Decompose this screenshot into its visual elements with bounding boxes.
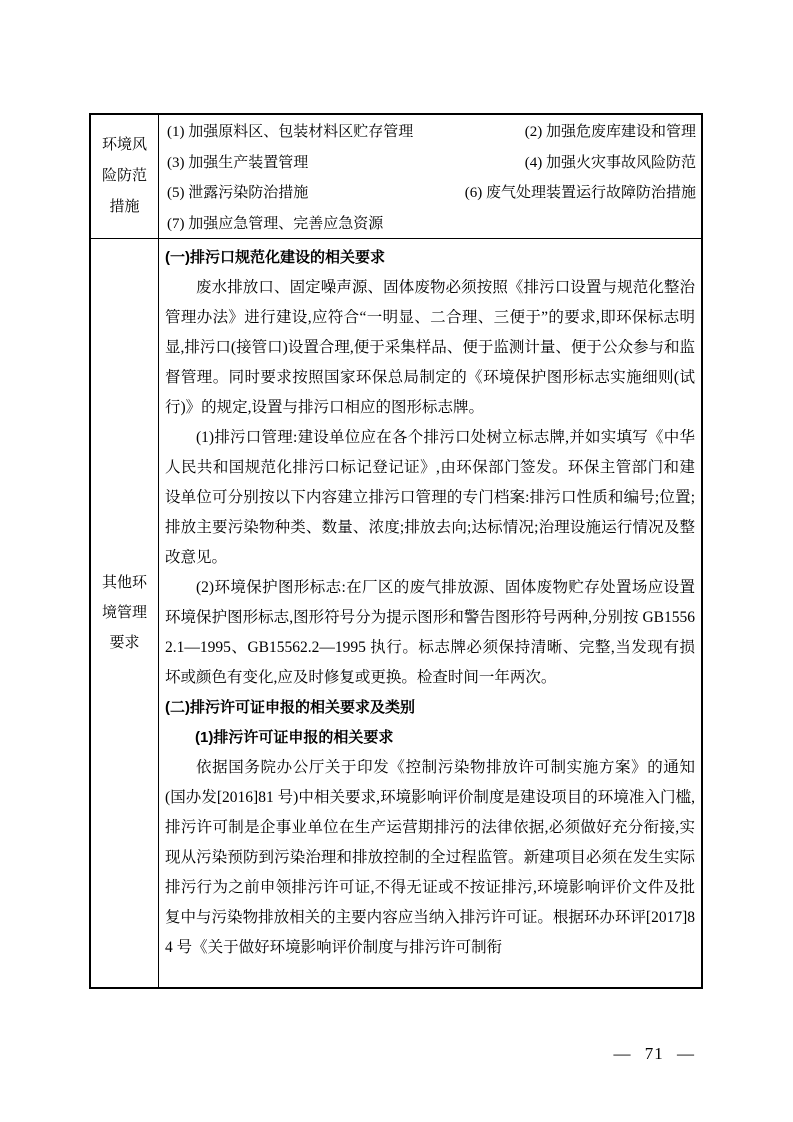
- risk-measures-cell: (1) 加强原料区、包装材料区贮存管理 (2) 加强危废库建设和管理 (3) 加…: [159, 115, 701, 238]
- measure-line: (7) 加强应急管理、完善应急资源: [167, 209, 696, 239]
- other-requirements-cell: (一)排污口规范化建设的相关要求 废水排放口、固定噪声源、固体废物必须按照《排污…: [159, 239, 701, 987]
- measure-item: (5) 泄露污染防治措施: [167, 178, 308, 209]
- measure-item: (4) 加强火灾事故风险防范: [525, 148, 696, 179]
- section-heading-outfall-standardization: (一)排污口规范化建设的相关要求: [165, 243, 695, 273]
- measure-item: (7) 加强应急管理、完善应急资源: [167, 209, 383, 239]
- row-label-line: 境管理: [102, 598, 147, 628]
- table-row: 环境风 险防范 措施 (1) 加强原料区、包装材料区贮存管理 (2) 加强危废库…: [91, 115, 701, 239]
- subsection-heading-permit-requirements: (1)排污许可证申报的相关要求: [165, 723, 695, 753]
- row-label-line: 环境风: [102, 130, 147, 161]
- row-label-line: 其他环: [102, 568, 147, 598]
- paragraph-outfall-management: (1)排污口管理:建设单位应在各个排污口处树立标志牌,并如实填写《中华人民共和国…: [165, 423, 695, 573]
- paragraph-outfall-construction: 废水排放口、固定噪声源、固体废物必须按照《排污口设置与规范化整治管理办法》进行建…: [165, 273, 695, 423]
- measure-line: (3) 加强生产装置管理 (4) 加强火灾事故风险防范: [167, 148, 696, 179]
- row-label-line: 险防范: [102, 161, 147, 192]
- row-label-other-requirements: 其他环 境管理 要求: [91, 239, 159, 987]
- page-number: — 71 —: [614, 1044, 696, 1064]
- table-row: 其他环 境管理 要求 (一)排污口规范化建设的相关要求 废水排放口、固定噪声源、…: [91, 239, 701, 987]
- measure-item: (3) 加强生产装置管理: [167, 148, 308, 179]
- row-label-line: 要求: [109, 628, 139, 658]
- paragraph-permit-policy: 依据国务院办公厅关于印发《控制污染物排放许可制实施方案》的通知(国办发[2016…: [165, 753, 695, 963]
- row-label-risk-prevention: 环境风 险防范 措施: [91, 115, 159, 238]
- section-heading-permit-application: (二)排污许可证申报的相关要求及类别: [165, 693, 695, 723]
- row-label-line: 措施: [109, 192, 139, 223]
- measure-line: (1) 加强原料区、包装材料区贮存管理 (2) 加强危废库建设和管理: [167, 117, 696, 148]
- paragraph-graphic-signs: (2)环境保护图形标志:在厂区的废气排放源、固体废物贮存处置场应设置环境保护图形…: [165, 573, 695, 693]
- measure-item: (1) 加强原料区、包装材料区贮存管理: [167, 117, 413, 148]
- measure-item: (2) 加强危废库建设和管理: [525, 117, 696, 148]
- environment-management-table: 环境风 险防范 措施 (1) 加强原料区、包装材料区贮存管理 (2) 加强危废库…: [89, 113, 703, 989]
- measure-line: (5) 泄露污染防治措施 (6) 废气处理装置运行故障防治措施: [167, 178, 696, 209]
- document-page: 环境风 险防范 措施 (1) 加强原料区、包装材料区贮存管理 (2) 加强危废库…: [0, 0, 793, 1122]
- measure-item: (6) 废气处理装置运行故障防治措施: [465, 178, 696, 209]
